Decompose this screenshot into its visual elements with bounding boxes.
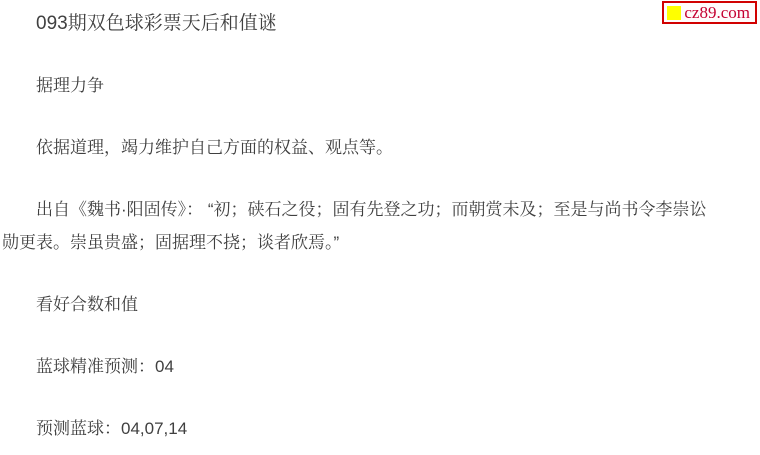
blue-ball-prediction-list: 预测蓝球：04,07,14 xyxy=(2,412,748,445)
quote-line-1: 出自《魏书·阳固传》： “初；硖石之役；固有先登之功；而朝赏未及；至是与尚书令李… xyxy=(36,200,707,219)
blue-ball-precise-prediction: 蓝球精准预测：04 xyxy=(2,350,748,383)
quote-paragraph: 出自《魏书·阳固传》： “初；硖石之役；固有先登之功；而朝赏未及；至是与尚书令李… xyxy=(2,193,748,259)
article-content: 093期双色球彩票天后和值谜 据理力争 依据道理，竭力维护自己方面的权益、观点等… xyxy=(0,0,760,445)
article-title: 093期双色球彩票天后和值谜 xyxy=(2,7,748,40)
cz89-watermark: cz89.com xyxy=(662,1,757,24)
sum-value-pick: 看好合数和值 xyxy=(2,288,748,321)
logo-text: cz89.com xyxy=(684,5,750,20)
article-page: cz89.com 093期双色球彩票天后和值谜 据理力争 依据道理，竭力维护自己… xyxy=(0,0,760,455)
idiom-text: 据理力争 xyxy=(2,69,748,102)
quote-line-2: 勋更表。崇虽贵盛；固据理不挠；谈者欣焉。” xyxy=(2,233,339,252)
logo-yellow-square-icon xyxy=(667,6,681,20)
idiom-meaning: 依据道理，竭力维护自己方面的权益、观点等。 xyxy=(2,131,748,164)
